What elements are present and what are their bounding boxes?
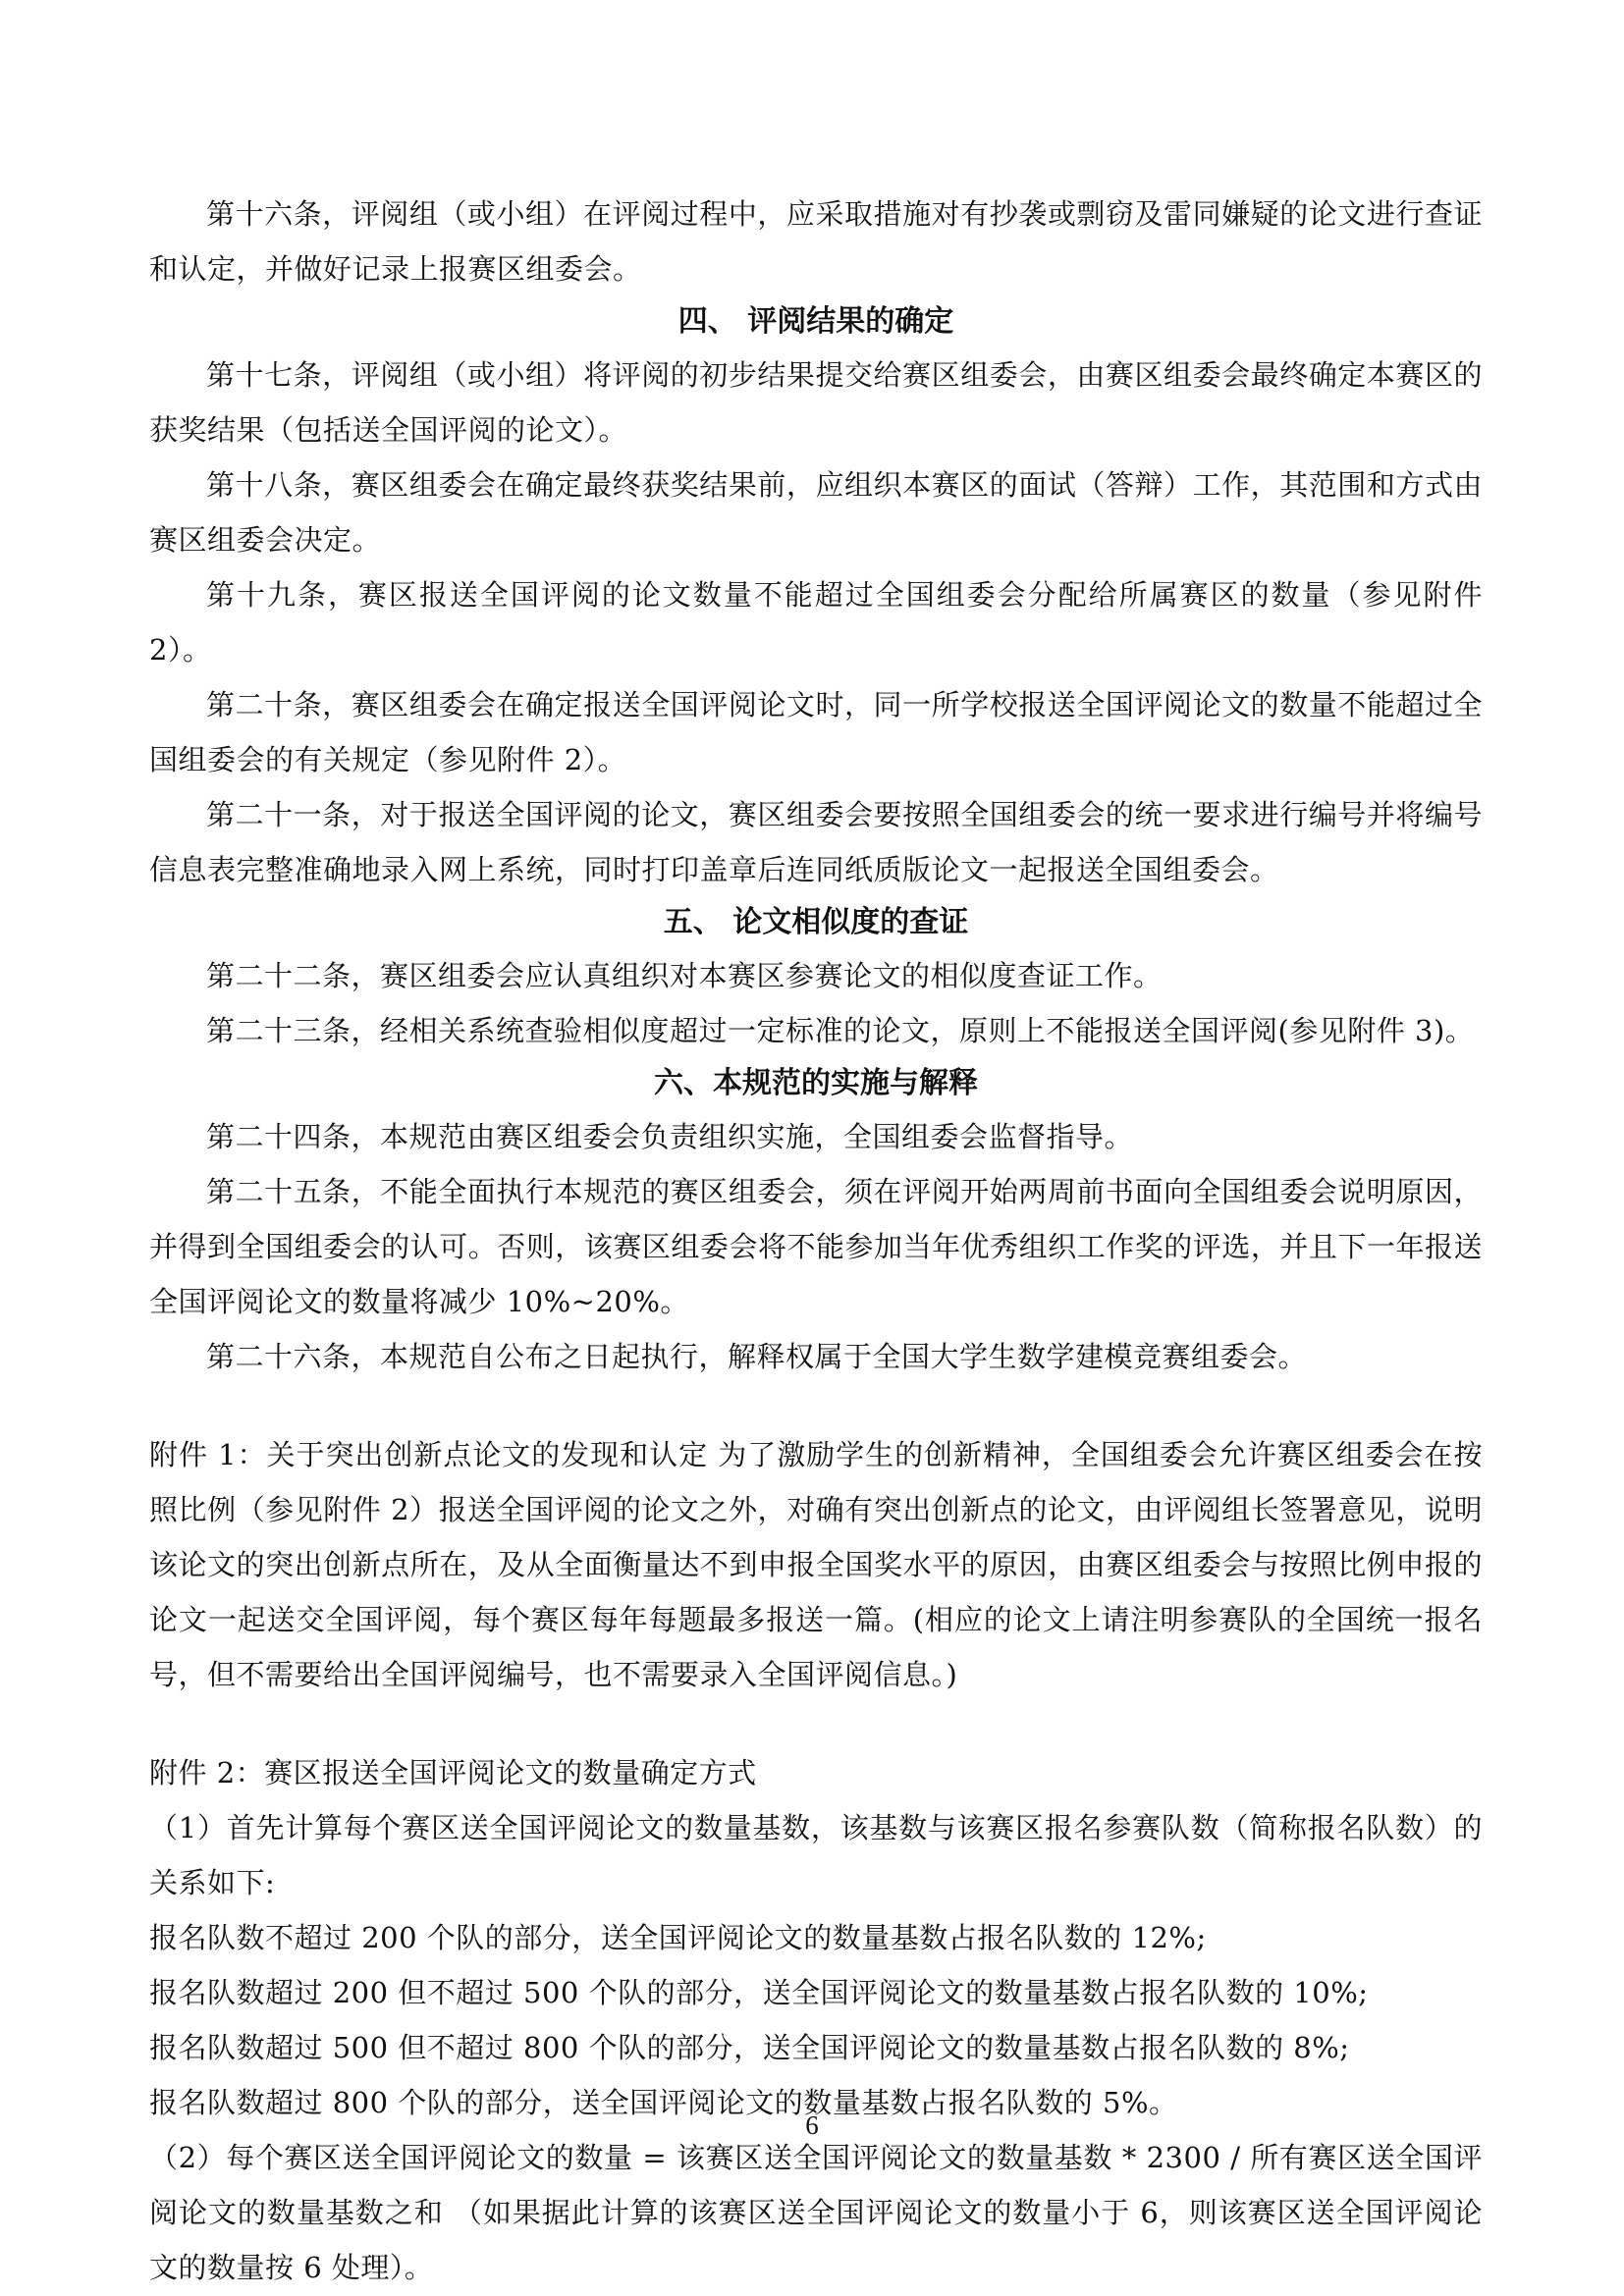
document-page: 第十六条，评阅组（或小组）在评阅过程中，应采取措施对有抄袭或剽窃及雷同嫌疑的论文… [149,187,1483,2295]
article-22: 第二十二条，赛区组委会应认真组织对本赛区参赛论文的相似度查证工作。 [149,948,1483,1003]
page-number: 6 [0,2110,1624,2141]
appendix-2-title: 附件 2：赛区报送全国评阅论文的数量确定方式 [149,1745,1483,1800]
appendix-2-rule-2: 报名队数超过 200 但不超过 500 个队的部分，送全国评阅论文的数量基数占报… [149,1965,1483,2020]
article-18: 第十八条，赛区组委会在确定最终获奖结果前，应组织本赛区的面试（答辩）工作，其范围… [149,457,1483,567]
appendix-2-rule-1: 报名队数不超过 200 个队的部分，送全国评阅论文的数量基数占报名队数的 12%… [149,1910,1483,1965]
article-16: 第十六条，评阅组（或小组）在评阅过程中，应采取措施对有抄袭或剽窃及雷同嫌疑的论文… [149,187,1483,296]
appendix-2-item-1: （1）首先计算每个赛区送全国评阅论文的数量基数，该基数与该赛区报名参赛队数（简称… [149,1800,1483,1910]
spacer [149,1384,1483,1427]
appendix-2-item-2: （2）每个赛区送全国评阅论文的数量 = 该赛区送全国评阅论文的数量基数 * 23… [149,2130,1483,2295]
section-heading-6: 六、本规范的实施与解释 [149,1058,1483,1109]
article-21: 第二十一条，对于报送全国评阅的论文，赛区组委会要按照全国组委会的统一要求进行编号… [149,787,1483,897]
spacer [149,1702,1483,1745]
article-20: 第二十条，赛区组委会在确定报送全国评阅论文时，同一所学校报送全国评阅论文的数量不… [149,677,1483,787]
article-24: 第二十四条，本规范由赛区组委会负责组织实施，全国组委会监督指导。 [149,1109,1483,1164]
article-19: 第十九条，赛区报送全国评阅的论文数量不能超过全国组委会分配给所属赛区的数量（参见… [149,567,1483,677]
article-25: 第二十五条，不能全面执行本规范的赛区组委会，须在评阅开始两周前书面向全国组委会说… [149,1164,1483,1329]
article-23: 第二十三条，经相关系统查验相似度超过一定标准的论文，原则上不能报送全国评阅(参见… [149,1003,1483,1058]
article-26: 第二十六条，本规范自公布之日起执行，解释权属于全国大学生数学建模竞赛组委会。 [149,1329,1483,1384]
section-heading-4: 四、 评阅结果的确定 [149,296,1483,347]
section-heading-5: 五、 论文相似度的查证 [149,897,1483,948]
article-17: 第十七条，评阅组（或小组）将评阅的初步结果提交给赛区组委会，由赛区组委会最终确定… [149,347,1483,457]
appendix-1: 附件 1：关于突出创新点论文的发现和认定 为了激励学生的创新精神，全国组委会允许… [149,1427,1483,1702]
appendix-2-rule-3: 报名队数超过 500 但不超过 800 个队的部分，送全国评阅论文的数量基数占报… [149,2020,1483,2075]
